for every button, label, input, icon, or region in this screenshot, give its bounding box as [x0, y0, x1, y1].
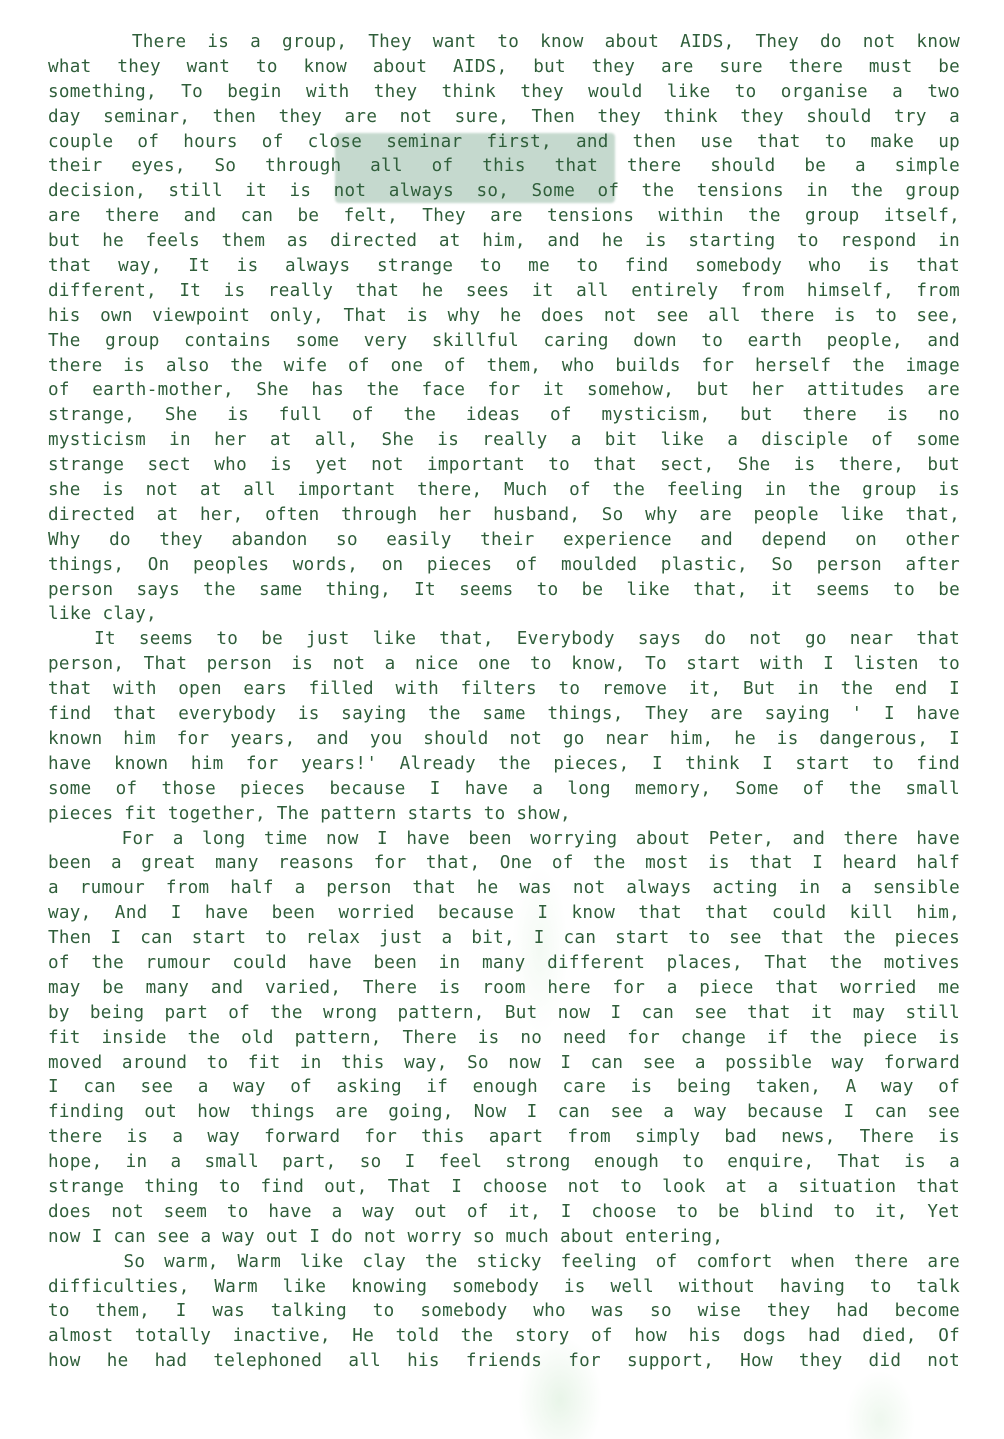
text-line: decision, still it is not always so, Som… — [48, 179, 960, 204]
text-line: So warm, Warm like clay the sticky feeli… — [48, 1250, 960, 1275]
text-line: that way, It is always strange to me to … — [48, 254, 960, 279]
text-line: Then I can start to relax just a bit, I … — [48, 926, 960, 951]
document-page: There is a group, They want to know abou… — [0, 0, 1004, 1439]
text-line: find that everybody is saying the same t… — [48, 702, 960, 727]
text-line: There is a group, They want to know abou… — [48, 30, 960, 55]
text-line: strange thing to find out, That I choose… — [48, 1175, 960, 1200]
text-line: of earth-mother, She has the face for it… — [48, 378, 960, 403]
text-line: directed at her, often through her husba… — [48, 503, 960, 528]
text-line: now I can see a way out I do not worry s… — [48, 1225, 960, 1250]
text-line: moved around to fit in this way, So now … — [48, 1051, 960, 1076]
text-line: to them, I was talking to somebody who w… — [48, 1299, 960, 1324]
text-line: I can see a way of asking if enough care… — [48, 1075, 960, 1100]
text-line: some of those pieces because I have a lo… — [48, 777, 960, 802]
text-line: how he had telephoned all his friends fo… — [48, 1349, 960, 1374]
text-line: pieces fit together, The pattern starts … — [48, 802, 960, 827]
text-line: For a long time now I have been worrying… — [48, 827, 960, 852]
text-line: been a great many reasons for that, One … — [48, 851, 960, 876]
text-line: does not seem to have a way out of it, I… — [48, 1200, 960, 1225]
text-line: mysticism in her at all, She is really a… — [48, 428, 960, 453]
text-line: something, To begin with they think they… — [48, 80, 960, 105]
text-line: couple of hours of close seminar first, … — [48, 130, 960, 155]
text-line: It seems to be just like that, Everybody… — [48, 627, 960, 652]
text-line: almost totally inactive, He told the sto… — [48, 1324, 960, 1349]
document-body: There is a group, They want to know abou… — [48, 30, 960, 1374]
text-line: there is a way forward for this apart fr… — [48, 1125, 960, 1150]
text-line: but he feels them as directed at him, an… — [48, 229, 960, 254]
text-line: person says the same thing, It seems to … — [48, 578, 960, 603]
text-line: Why do they abandon so easily their expe… — [48, 528, 960, 553]
text-line: are there and can be felt, They are tens… — [48, 204, 960, 229]
text-line: strange, She is full of the ideas of mys… — [48, 403, 960, 428]
text-line: hope, in a small part, so I feel strong … — [48, 1150, 960, 1175]
text-line: things, On peoples words, on pieces of m… — [48, 553, 960, 578]
text-line: she is not at all important there, Much … — [48, 478, 960, 503]
text-line: their eyes, So through all of this that … — [48, 154, 960, 179]
text-line: what they want to know about AIDS, but t… — [48, 55, 960, 80]
text-line: fit inside the old pattern, There is no … — [48, 1026, 960, 1051]
text-line: may be many and varied, There is room he… — [48, 976, 960, 1001]
text-line: strange sect who is yet not important to… — [48, 453, 960, 478]
text-line: day seminar, then they are not sure, The… — [48, 105, 960, 130]
text-line: different, It is really that he sees it … — [48, 279, 960, 304]
text-line: have known him for years!' Already the p… — [48, 752, 960, 777]
text-line: there is also the wife of one of them, w… — [48, 354, 960, 379]
text-line: his own viewpoint only, That is why he d… — [48, 304, 960, 329]
text-line: like clay, — [48, 602, 960, 627]
text-line: The group contains some very skillful ca… — [48, 329, 960, 354]
text-line: person, That person is not a nice one to… — [48, 652, 960, 677]
text-line: a rumour from half a person that he was … — [48, 876, 960, 901]
text-line: way, And I have been worried because I k… — [48, 901, 960, 926]
text-line: finding out how things are going, Now I … — [48, 1100, 960, 1125]
text-line: difficulties, Warm like knowing somebody… — [48, 1275, 960, 1300]
text-line: known him for years, and you should not … — [48, 727, 960, 752]
text-line: of the rumour could have been in many di… — [48, 951, 960, 976]
text-line: by being part of the wrong pattern, But … — [48, 1001, 960, 1026]
text-line: that with open ears filled with filters … — [48, 677, 960, 702]
